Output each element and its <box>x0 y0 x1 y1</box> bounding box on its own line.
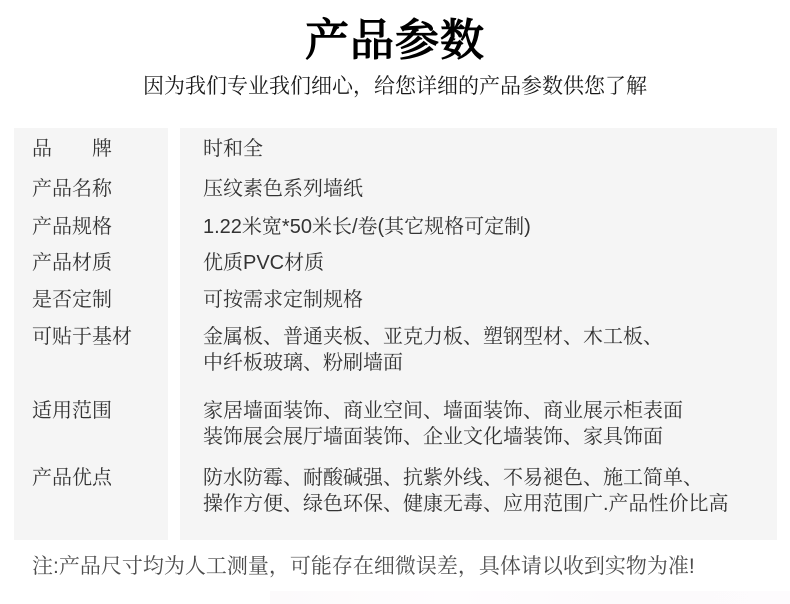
column-gap <box>168 455 180 540</box>
measurement-note: 注:产品尺寸均为人工测量，可能存在细微误差，具体请以收到实物为准! <box>32 555 772 579</box>
spec-value: 优质PVC材质 <box>180 245 777 281</box>
spec-label: 适用范围 <box>14 386 168 455</box>
spec-value: 压纹素色系列墙纸 <box>180 169 777 208</box>
column-gap <box>168 245 180 281</box>
spec-table: 品 牌 时和全 产品名称 压纹素色系列墙纸 产品规格 1.22米宽*50米长/卷… <box>14 128 777 540</box>
spec-row-applications: 适用范围 家居墙面装饰、商业空间、墙面装饰、商业展示柜表面 装饰展会展厅墙面装饰… <box>14 386 777 455</box>
spec-row-specification: 产品规格 1.22米宽*50米长/卷(其它规格可定制) <box>14 208 777 245</box>
spec-row-substrates: 可贴于基材 金属板、普通夹板、亚克力板、塑钢型材、木工板、 中纤板玻璃、粉刷墙面 <box>14 318 777 386</box>
spec-row-advantages: 产品优点 防水防霉、耐酸碱强、抗紫外线、不易褪色、施工简单、 操作方便、绿色环保… <box>14 455 777 540</box>
spec-label: 产品材质 <box>14 245 168 281</box>
column-gap <box>168 169 180 208</box>
column-gap <box>168 386 180 455</box>
spec-label: 可贴于基材 <box>14 318 168 386</box>
spec-value: 防水防霉、耐酸碱强、抗紫外线、不易褪色、施工简单、 操作方便、绿色环保、健康无毒… <box>180 455 777 540</box>
page-subtitle: 因为我们专业我们细心，给您详细的产品参数供您了解 <box>0 74 790 100</box>
product-parameters-page: 产品参数 因为我们专业我们细心，给您详细的产品参数供您了解 品 牌 时和全 产品… <box>0 0 790 604</box>
next-image-edge <box>270 591 790 604</box>
spec-label: 产品规格 <box>14 208 168 245</box>
spec-label: 产品名称 <box>14 169 168 208</box>
column-gap <box>168 318 180 386</box>
spec-value: 1.22米宽*50米长/卷(其它规格可定制) <box>180 208 777 245</box>
spec-row-product-name: 产品名称 压纹素色系列墙纸 <box>14 169 777 208</box>
spec-row-brand: 品 牌 时和全 <box>14 128 777 169</box>
column-gap <box>168 208 180 245</box>
spec-value: 家居墙面装饰、商业空间、墙面装饰、商业展示柜表面 装饰展会展厅墙面装饰、企业文化… <box>180 386 777 455</box>
spec-label: 产品优点 <box>14 455 168 540</box>
spec-row-customizable: 是否定制 可按需求定制规格 <box>14 281 777 318</box>
column-gap <box>168 281 180 318</box>
spec-label: 品 牌 <box>14 128 168 169</box>
spec-value: 可按需求定制规格 <box>180 281 777 318</box>
column-gap <box>168 128 180 169</box>
spec-label: 是否定制 <box>14 281 168 318</box>
spec-value: 时和全 <box>180 128 777 169</box>
spec-row-material: 产品材质 优质PVC材质 <box>14 245 777 281</box>
spec-value: 金属板、普通夹板、亚克力板、塑钢型材、木工板、 中纤板玻璃、粉刷墙面 <box>180 318 777 386</box>
page-title: 产品参数 <box>0 14 790 68</box>
